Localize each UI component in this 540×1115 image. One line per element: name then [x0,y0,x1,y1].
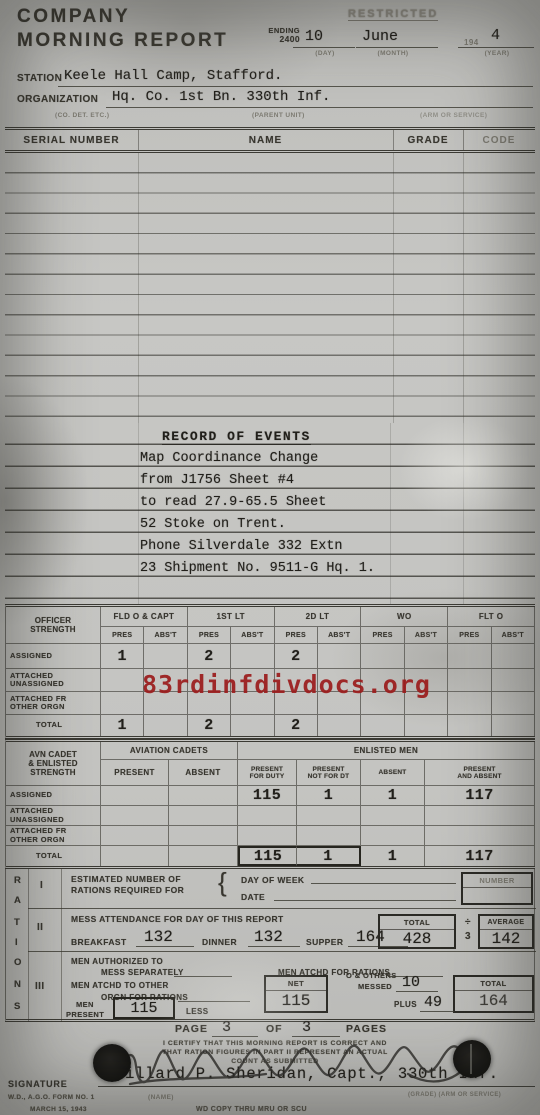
men-authorized-label: MEN AUTHORIZED TO [71,957,163,966]
date-day-line [293,47,355,48]
officer-sub-pres: PRES [361,627,404,644]
col-label-line2: NOT FOR DT [308,773,350,780]
average-value: 142 [480,930,532,948]
group-aviation-cadets: AVIATION CADETS [101,742,238,760]
officer-cell [361,644,404,669]
form-number: W.D., A.G.O. FORM NO. 1 [8,1094,95,1101]
officer-cell [448,715,491,736]
officer-header-line2: STRENGTH [30,625,76,634]
row-label-line1: ASSIGNED [10,791,52,800]
mess-total-box: TOTAL 428 [378,914,456,949]
enlisted-cell: 117 [425,846,535,866]
officer-row-label: ATTACHED UNASSIGNED [6,669,101,692]
officer-cell: 2 [275,715,318,736]
officer-sub-pres: PRES [101,627,144,644]
mess-total-value: 428 [380,930,454,948]
enlisted-cell: 1 [361,846,425,866]
rations-letter: S [14,1001,21,1012]
row-label-line1: TOTAL [36,852,62,861]
organization-line [106,107,533,108]
officer-group-fldo: FLD O & CAPT [101,607,188,627]
enlisted-row-label: ATTACHED FR OTHER ORGN [6,826,101,846]
rations-numerals-separator [61,869,62,1022]
date-day-sublabel: (DAY) [300,50,350,57]
plus-label: PLUS [394,1000,417,1009]
mess-separately-line [174,976,232,977]
officer-cell [361,715,404,736]
date-month-line [356,47,438,48]
officer-sub-abst: ABS'T [492,627,535,644]
officer-cell [405,644,448,669]
roster-header-separator [138,130,139,150]
roster-col-serial: SERIAL NUMBER [5,135,138,146]
men-present-box: 115 [113,997,175,1019]
col-label-line1: PRESENT [312,766,344,773]
events-column-separator [138,423,139,605]
rations-i-label2: RATIONS REQUIRED FOR [71,885,184,895]
row-label-line1: ASSIGNED [10,652,52,661]
form-title-line2: MORNING REPORT [17,30,228,52]
messed-label: MESSED [358,982,392,991]
men-present-value: 115 [130,1000,157,1017]
officer-group-wo: WO [361,607,448,627]
events-line: to read 27.9-65.5 Sheet [140,492,450,514]
officer-cell [231,715,274,736]
brace-glyph: { [218,867,227,898]
officer-sub-pres: PRES [275,627,318,644]
divide-by-value: 3 [461,931,475,942]
date-month-value: June [362,28,398,45]
date-year-value: 4 [491,27,500,44]
station-label: STATION [17,73,62,84]
officer-group-flto: FLT O [448,607,535,627]
row-label-line1: TOTAL [36,721,62,730]
less-label: LESS [186,1007,209,1016]
officer-cell [492,644,535,669]
roster-header-separator [393,130,394,150]
day-of-week-line [311,883,456,884]
mess-total-label: TOTAL [380,916,454,930]
officer-sub-pres: PRES [188,627,231,644]
date-month-sublabel: (MONTH) [366,50,420,57]
officer-cell [492,669,535,692]
enlisted-cell [101,806,169,826]
rations-numeral-iii: III [35,981,45,992]
org-sublabel-parent: (PARENT UNIT) [252,112,305,119]
enlisted-row-label: ATTACHED UNASSIGNED [6,806,101,826]
roster-column-separator [463,153,464,423]
enlisted-row-label: ASSIGNED [6,786,101,806]
roster-header-separator [463,130,464,150]
events-column-separator [463,423,464,605]
enlisted-cell-boxed: 115 [238,846,297,866]
roster-col-name: NAME [138,135,393,146]
officer-table-header-cell: OFFICER STRENGTH [6,607,101,644]
events-line: 52 Stoke on Trent. [140,514,450,536]
rations-total-label: TOTAL [455,977,532,991]
officer-cell [492,715,535,736]
orgn-for-rations-line [178,1001,250,1002]
o-and-others-label: O & OTHERS [346,971,397,980]
enlisted-header-line2: & ENLISTED [28,759,78,768]
officer-cell [492,692,535,715]
name-sublabel: (NAME) [148,1094,174,1101]
row-label-line2: UNASSIGNED [10,680,64,689]
officer-cell [101,692,144,715]
col-cadets-absent: ABSENT [169,760,238,786]
enlisted-cell [101,846,169,866]
officer-cell [101,669,144,692]
dinner-value: 132 [254,928,283,946]
enlisted-header-line1: AVN CADET [29,750,77,759]
row-label-line2: OTHER ORGN [10,703,65,712]
date-year-printed: 194 [464,38,479,47]
enlisted-cell [169,846,238,866]
enlisted-cell [169,806,238,826]
rations-total-value: 164 [455,991,532,1011]
col-label-line1: PRESENT [251,766,283,773]
average-label: AVERAGE [480,916,532,930]
events-line: from J1756 Sheet #4 [140,470,450,492]
form-title-line1: COMPANY [17,6,130,28]
copy-routing-note: WD COPY THRU MRU OR SCU [196,1106,307,1113]
number-box-label: NUMBER [463,874,531,888]
enlisted-cell: 1 [361,786,425,806]
ending-time: 2400 [262,35,300,43]
officer-cell: 1 [101,715,144,736]
enlisted-cell [361,826,425,846]
enlisted-cell [101,786,169,806]
plus-line [420,1011,454,1012]
date-year-sublabel: (YEAR) [472,50,522,57]
messed-line [396,991,438,992]
events-title: RECORD OF EVENTS [162,429,311,445]
officer-cell [448,692,491,715]
number-box: NUMBER [461,872,533,905]
breakfast-label: BREAKFAST [71,937,127,947]
officer-cell [144,715,187,736]
net-box: NET 115 [264,975,328,1013]
enlisted-cell [425,806,535,826]
enlisted-cell [238,826,297,846]
enlisted-cell [169,786,238,806]
officer-cell: 2 [188,644,231,669]
morning-report-scan: COMPANY MORNING REPORT RESTRICTED ENDING… [0,0,540,1115]
breakfast-line [136,946,194,947]
classification-stamp: RESTRICTED [348,8,438,21]
organization-value: Hq. Co. 1st Bn. 330th Inf. [112,89,330,105]
rations-letter: O [14,957,22,968]
signature-label: SIGNATURE [8,1079,68,1089]
rations-numeral-ii: II [37,922,43,933]
net-value: 115 [266,991,326,1011]
enlisted-cell-boxed: 1 [297,846,361,866]
roster-col-code: CODE [463,135,535,146]
watermark-overlay: 83rdinfdivdocs.org [142,670,431,699]
station-line [58,86,533,87]
col-label-line1: PRESENT [463,766,495,773]
date-day-value: 10 [305,28,323,45]
officer-cell: 2 [275,644,318,669]
enlisted-strength-table: AVN CADET & ENLISTED STRENGTH AVIATION C… [5,739,535,869]
hole-punch-right [453,1040,491,1078]
officer-group-2dlt: 2D LT [275,607,362,627]
col-absent: ABSENT [361,760,425,786]
roster-column-separator [393,153,394,423]
enlisted-cell [238,806,297,826]
events-line: Phone Silverdale 332 Extn [140,536,450,558]
officer-cell [231,644,274,669]
officer-sub-pres: PRES [448,627,491,644]
date-label: DATE [241,892,265,902]
officer-row-label: TOTAL [6,715,101,736]
col-label-line2: FOR DUTY [250,773,285,780]
date-blank-line [274,900,456,901]
roster-column-separator [138,153,139,423]
col-label-line2: AND ABSENT [457,773,501,780]
roster-ruled-lines [5,153,535,423]
officer-cell [144,644,187,669]
enlisted-cell: 117 [425,786,535,806]
col-present-for-duty: PRESENT FOR DUTY [238,760,297,786]
col-cadets-present: PRESENT [101,760,169,786]
enlisted-cell [169,826,238,846]
officer-cell [448,644,491,669]
events-title-row: RECORD OF EVENTS [140,426,450,448]
hole-punch-left [93,1044,131,1082]
officer-cell: 2 [188,715,231,736]
events-line: 23 Shipment No. 9511-G Hq. 1. [140,558,450,580]
officer-sub-abst: ABS'T [231,627,274,644]
roster-col-grade: GRADE [393,135,463,146]
col-label-line1: ABSENT [379,769,407,776]
men-label: MEN [76,1000,94,1009]
dinner-label: DINNER [202,937,237,947]
officer-cell: 1 [101,644,144,669]
record-of-events: RECORD OF EVENTS Map Coordinance Change … [140,426,450,580]
officer-sub-abst: ABS'T [318,627,361,644]
officer-row-label: ASSIGNED [6,644,101,669]
row-label-line2: UNASSIGNED [10,816,64,825]
form-date: MARCH 15, 1943 [30,1106,87,1113]
mess-attendance-title: MESS ATTENDANCE FOR DAY OF THIS REPORT [71,914,284,924]
net-label: NET [266,977,326,991]
rations-letter: T [14,917,20,928]
supper-label: SUPPER [306,937,343,947]
events-line: Map Coordinance Change [140,448,450,470]
org-sublabel-unit: (CO. DET. ETC.) [55,112,109,119]
present-label: PRESENT [66,1010,104,1019]
enlisted-cell: 1 [297,786,361,806]
rations-letter: A [14,895,21,906]
plus-value: 49 [424,994,442,1011]
officer-header-line1: OFFICER [35,616,72,625]
average-box: AVERAGE 142 [478,914,534,949]
messed-value: 10 [402,974,420,991]
col-present-not-for-duty: PRESENT NOT FOR DT [297,760,361,786]
org-sublabel-arm: (ARM OR SERVICE) [420,112,487,119]
handwritten-signature [112,1034,476,1094]
group-enlisted-men: ENLISTED MEN [238,742,535,760]
rations-section: R A T I O N S I II III ESTIMATED NUMBER … [5,869,535,1022]
dinner-line [248,946,300,947]
officer-sub-abst: ABS'T [144,627,187,644]
row-label-line2: OTHER ORGN [10,836,65,845]
enlisted-row-label: TOTAL [6,846,101,866]
rations-letter: I [15,937,18,948]
rations-letter: R [14,875,21,886]
organization-label: ORGANIZATION [17,94,98,105]
hole-punch-slit [470,1044,472,1074]
enlisted-table-header-cell: AVN CADET & ENLISTED STRENGTH [6,742,101,786]
rations-i-label1: ESTIMATED NUMBER OF [71,874,181,884]
rations-letter: N [14,979,21,990]
enlisted-cell [425,826,535,846]
enlisted-cell [101,826,169,846]
rations-letters-separator [28,869,29,1022]
officer-sub-abst: ABS'T [405,627,448,644]
number-box-value [463,888,531,903]
mess-separately-label: MESS SEPARATELY [101,968,184,977]
officer-group-1stlt: 1ST LT [188,607,275,627]
rations-numeral-i: I [40,880,43,891]
enlisted-cell [297,806,361,826]
ending-label: ENDING 2400 [262,27,300,43]
station-value: Keele Hall Camp, Stafford. [64,68,282,84]
enlisted-cell: 115 [238,786,297,806]
enlisted-cell [297,826,361,846]
officer-row-label: ATTACHED FR OTHER ORGN [6,692,101,715]
rations-divider-2 [28,951,536,952]
rations-divider-1 [28,908,536,909]
officer-cell [318,715,361,736]
divide-sign: ÷ [461,917,475,928]
officer-cell [318,644,361,669]
day-of-week-label: DAY OF WEEK [241,875,304,885]
officer-cell [405,715,448,736]
date-year-line [458,47,534,48]
men-atchd-other-label: MEN ATCHD TO OTHER [71,981,169,990]
col-present-and-absent: PRESENT AND ABSENT [425,760,535,786]
breakfast-value: 132 [144,928,173,946]
enlisted-header-line3: STRENGTH [30,768,76,777]
rations-total-box: TOTAL 164 [453,975,534,1013]
enlisted-cell [361,806,425,826]
officer-cell [448,669,491,692]
roster-header: SERIAL NUMBER NAME GRADE CODE [5,127,535,153]
